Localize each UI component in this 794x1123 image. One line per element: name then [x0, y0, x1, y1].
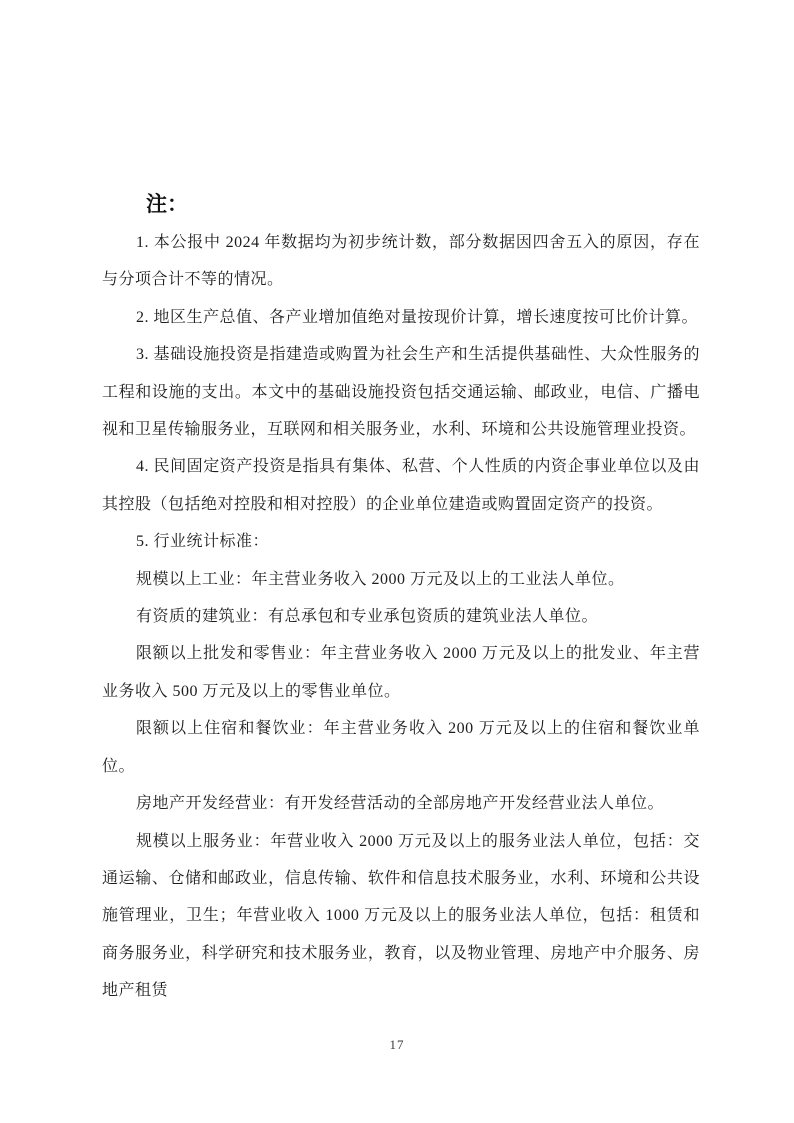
page-footer: 17 [0, 1036, 794, 1054]
page-number: 17 [390, 1037, 405, 1052]
notes-section: 注： 1. 本公报中 2024 年数据均为初步统计数，部分数据因四舍五入的原因，… [102, 184, 700, 1010]
note-paragraph-5-hotel-catering-standard: 限额以上住宿和餐饮业：年主营业务收入 200 万元及以上的住宿和餐饮业单位。 [102, 710, 700, 785]
note-paragraph-3: 3. 基础设施投资是指建造或购置为社会生产和生活提供基础性、大众性服务的工程和设… [102, 336, 700, 448]
note-paragraph-5-construction-standard: 有资质的建筑业：有总承包和专业承包资质的建筑业法人单位。 [102, 598, 700, 635]
note-paragraph-5: 5. 行业统计标准： [102, 523, 700, 560]
note-paragraph-5-services-standard: 规模以上服务业：年营业收入 2000 万元及以上的服务业法人单位，包括：交通运输… [102, 823, 700, 1010]
notes-heading: 注： [102, 184, 700, 224]
note-paragraph-5-real-estate-standard: 房地产开发经营业：有开发经营活动的全部房地产开发经营业法人单位。 [102, 785, 700, 822]
note-paragraph-2: 2. 地区生产总值、各产业增加值绝对量按现价计算，增长速度按可比价计算。 [102, 299, 700, 336]
note-paragraph-5-wholesale-retail-standard: 限额以上批发和零售业：年主营业务收入 2000 万元及以上的批发业、年主营业务收… [102, 635, 700, 710]
document-page: 注： 1. 本公报中 2024 年数据均为初步统计数，部分数据因四舍五入的原因，… [0, 0, 794, 1123]
note-paragraph-4: 4. 民间固定资产投资是指具有集体、私营、个人性质的内资企事业单位以及由其控股（… [102, 448, 700, 523]
note-paragraph-1: 1. 本公报中 2024 年数据均为初步统计数，部分数据因四舍五入的原因，存在与… [102, 224, 700, 299]
note-paragraph-5-industry-standard: 规模以上工业：年主营业务收入 2000 万元及以上的工业法人单位。 [102, 561, 700, 598]
